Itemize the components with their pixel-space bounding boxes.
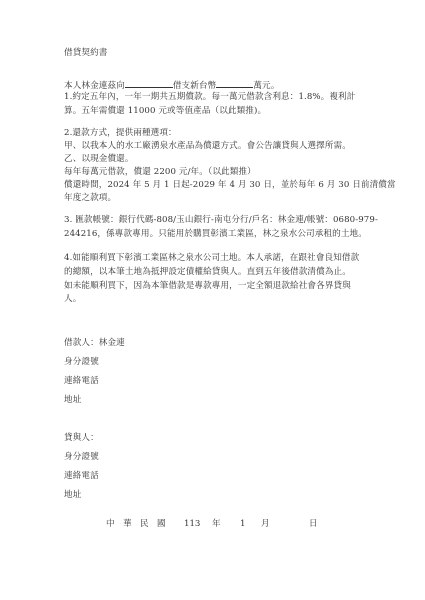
date-era-char-1: 中 [106,519,115,530]
clause4-line1: 4.如能順利買下彰濱工業區林之泉水公司土地。本人承諾，在跟社會良知借款 [64,253,359,264]
intro-prefix: 本人林金連茲向 [64,81,125,91]
clause2-period-line1: 償還時間，2024 年 5 月 1 日起-2029 年 4 月 30 日，並於每… [64,180,396,191]
lender-id-label: 身分證號 [64,452,99,463]
date-year-unit: 年 [212,519,221,530]
clause1-line1: 1.約定五年內，一年一期共五期償款。每一萬元借款含利息：1.8%。複利計 [64,92,355,103]
clause2-option-a: 甲、以我本人的水工廠湧泉水產品為償還方式。會公告讓貸與人選擇所需。 [64,141,351,152]
date-year: 113 [184,519,200,530]
intro-line: 本人林金連茲向借支新台幣萬元。 [64,79,279,92]
clause2-period-line2: 年度之款項。 [64,193,116,204]
borrower-id-label: 身分證號 [64,357,99,368]
lender-name: 貸與人： [64,433,99,444]
date-era-char-4: 國 [157,519,166,530]
clause4-line2: 的總額，以本筆土地為抵押設定債權給貸與人。直到五年後借款清償為止。 [64,267,351,278]
date-era-char-3: 民 [140,519,149,530]
clause2-heading: 2.還款方式，提供兩種選項： [64,128,177,139]
date-month: 1 [240,519,245,530]
clause4-line4: 人。 [64,294,81,305]
date-day-unit: 日 [309,519,318,530]
clause1-line2: 算。五年需償還 11000 元或等值產品（以此類推)。 [64,106,266,117]
document-title: 借貸契約書 [64,48,107,59]
lender-phone-label: 連絡電話 [64,471,99,482]
borrower-address-label: 地址 [64,395,81,406]
date-month-unit: 月 [261,519,270,530]
date-era-char-2: 華 [123,519,132,530]
amount-blank [216,79,253,88]
intro-suffix: 萬元。 [253,81,279,91]
intro-middle: 借支新台幣 [173,81,216,91]
lender-name-blank [125,79,173,88]
clause3-line2: 244216，係專款專用。只能用於購買彰濱工業區，林之泉水公司承租的土地。 [64,229,367,240]
clause3-line1: 3. 匯款帳號：銀行代碼-808/玉山銀行-南屯分行/戶名：林金連/帳號：068… [64,215,378,226]
lender-address-label: 地址 [64,490,81,501]
clause2-rate: 每年每萬元借款，償還 2200 元/年。（以此類推） [64,167,256,178]
clause2-option-b: 乙、以現金償還。 [64,154,134,165]
clause4-line3: 如未能順利買下，因為本筆借款是專款專用，一定全額退款給社會各界貸與 [64,281,351,292]
contract-page: 借貸契約書 本人林金連茲向借支新台幣萬元。 1.約定五年內，一年一期共五期償款。… [0,0,425,600]
borrower-phone-label: 連絡電話 [64,376,99,387]
borrower-name: 借款人：林金連 [64,338,125,349]
